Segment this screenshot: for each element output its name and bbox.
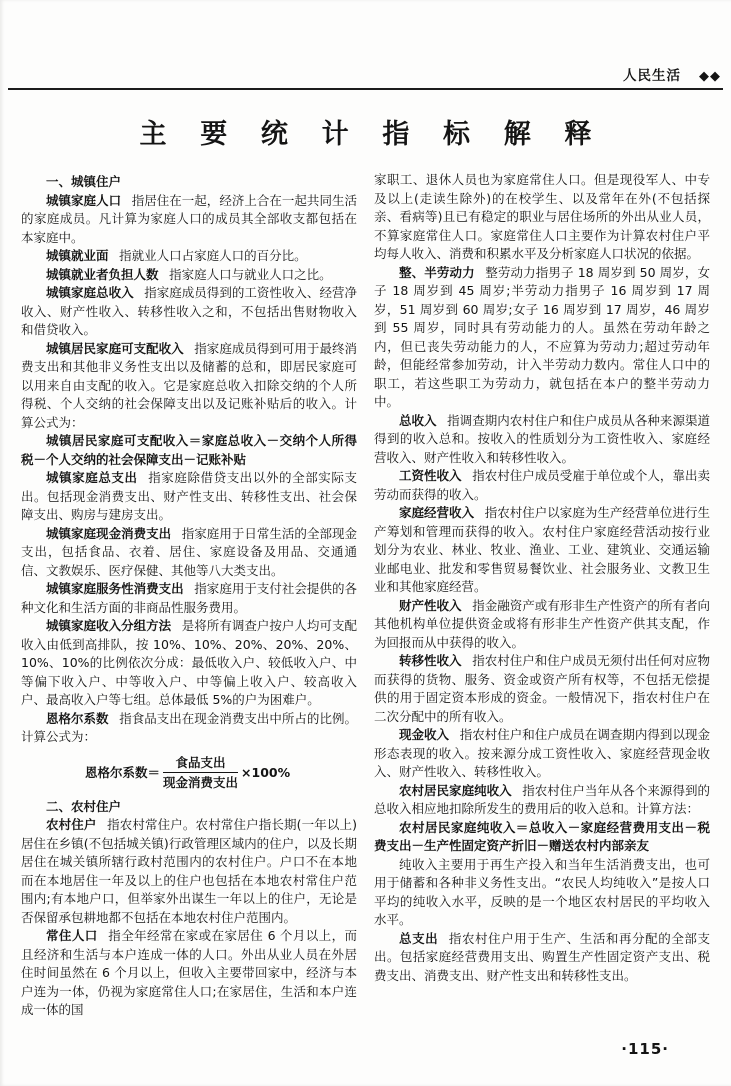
definition-entry: 城镇居民家庭可支配收入指家庭成员得到可用于最终消费支出和其他非义务性支出以及储蓄…	[21, 340, 357, 433]
document-page: 人民生活◆◆ 主 要 统 计 指 标 解 释 一、城镇住户城镇家庭人口指居住在一…	[0, 0, 731, 1086]
diamond-icons: ◆◆	[699, 69, 723, 84]
definition-entry: 城镇家庭收入分组方法是将所有调查户按户人均可支配收入由低到高排队，按 10%、1…	[21, 617, 357, 710]
indicator-term: 整、半劳动力	[399, 265, 475, 280]
definition-entry: 农村住户指农村常住户。农村常住户指长期(一年以上)居住在乡镇(不包括城关镇)行政…	[21, 816, 357, 927]
definition-entry: 城镇就业面指就业人口占家庭人口的百分比。	[21, 247, 357, 266]
indicator-term: 城镇就业面	[46, 248, 109, 263]
definition-entry: 农村居民家庭纯收入指农村住户当年从各个来源得到的总收入相应地扣除所发生的费用后的…	[374, 782, 710, 819]
definition-entry: 总支出指农村住户用于生产、生活和再分配的全部支出。包括家庭经营费用支出、购置生产…	[374, 930, 710, 986]
definition-entry: 整、半劳动力整劳动力指男子 18 周岁到 50 周岁，女子 18 周岁到 45 …	[374, 264, 710, 412]
indicator-term: 总收入	[399, 413, 437, 428]
indicator-term: 城镇家庭服务性消费支出	[46, 581, 184, 596]
definition-entry: 财产性收入指金融资产或有形非生产性资产的所有者向其他机构单位提供资金或将有形非生…	[374, 597, 710, 653]
indicator-term: 总支出	[399, 931, 438, 946]
definition-entry: 常住人口指全年经常在家或在家居住 6 个月以上，而且经济和生活与本户连成一体的人…	[21, 927, 357, 1020]
indicator-term: 恩格尔系数	[46, 711, 109, 726]
definition-entry: 转移性收入指农村住户和住户成员无须付出任何对应物而获得的货物、服务、资金或资产所…	[374, 652, 710, 726]
section-heading: 一、城镇住户	[21, 173, 357, 192]
engel-coefficient-formula: 恩格尔系数＝食品支出现金消费支出×100%	[85, 754, 357, 791]
indicator-term: 家庭经营收入	[399, 505, 474, 520]
definition-entry: 城镇家庭总收入指家庭成员得到的工资性收入、经营净收入、财产性收入、转移性收入之和…	[21, 284, 357, 340]
definition-entry: 城镇就业者负担人数指家庭人口与就业人口之比。	[21, 266, 357, 285]
indicator-term: 现金收入	[399, 727, 449, 742]
text-columns: 一、城镇住户城镇家庭人口指居住在一起，经济上合在一起共同生活的家庭成员。凡计算为…	[0, 165, 731, 1020]
definition-entry: 恩格尔系数指食品支出在现金消费支出中所占的比例。计算公式为：	[21, 710, 357, 747]
left-column: 一、城镇住户城镇家庭人口指居住在一起，经济上合在一起共同生活的家庭成员。凡计算为…	[21, 171, 357, 1020]
indicator-term: 城镇就业者负担人数	[46, 267, 159, 282]
indicator-definition: 指就业人口占家庭人口的百分比。	[119, 248, 307, 263]
indicator-definition: 指家庭人口与就业人口之比。	[169, 267, 332, 282]
fraction-numerator: 食品支出	[163, 754, 238, 773]
header-section-label: 人民生活	[623, 68, 699, 84]
formula-text-line: 农村居民家庭纯收入＝总收入－家庭经营费用支出－税费支出－生产性固定资产折旧－赠送…	[374, 819, 710, 856]
definition-entry: 总收入指调查期内农村住户和住户成员从各种来源渠道得到的收入总和。按收入的性质划分…	[374, 412, 710, 468]
indicator-definition: 指农村常住户。农村常住户指长期(一年以上)居住在乡镇(不包括城关镇)行政管理区域…	[21, 817, 357, 925]
page-number: ·115·	[621, 1040, 669, 1058]
indicator-term: 转移性收入	[399, 653, 462, 668]
indicator-term: 财产性收入	[399, 598, 462, 613]
indicator-term: 常住人口	[46, 928, 98, 943]
indicator-term: 城镇家庭收入分组方法	[46, 618, 171, 633]
section-heading: 二、农村住户	[21, 798, 357, 817]
formula-suffix: ×100%	[241, 765, 290, 780]
indicator-definition: 整劳动力指男子 18 周岁到 50 周岁，女子 18 周岁到 45 周岁;半劳动…	[374, 265, 710, 410]
definition-entry: 工资性收入指农村住户成员受雇于单位或个人，靠出卖劳动而获得的收入。	[374, 467, 710, 504]
definition-entry: 现金收入指农村住户和住户成员在调查期内得到以现金形态表现的收入。按来源分成工资性…	[374, 726, 710, 782]
definition-entry: 城镇家庭总支出指家庭除借贷支出以外的全部实际支出。包括现金消费支出、财产性支出、…	[21, 469, 357, 525]
indicator-term: 城镇家庭人口	[46, 193, 121, 208]
page-title: 主 要 统 计 指 标 解 释	[0, 112, 731, 151]
definition-entry: 城镇家庭现金消费支出指家庭用于日常生活的全部现金支出，包括食品、衣着、居住、家庭…	[21, 525, 357, 581]
definition-entry: 家庭经营收入指农村住户以家庭为生产经营单位进行生产筹划和管理而获得的收入。农村住…	[374, 504, 710, 597]
indicator-term: 城镇家庭总支出	[46, 470, 138, 485]
fraction-denominator: 现金消费支出	[163, 773, 238, 791]
indicator-term: 城镇家庭现金消费支出	[46, 526, 171, 541]
right-column: 家职工、退休人员也为家庭常住人口。但是现役军人、中专及以上(走读生除外)的在校学…	[374, 171, 710, 1020]
indicator-term: 工资性收入	[399, 468, 462, 483]
continuation-paragraph: 家职工、退休人员也为家庭常住人口。但是现役军人、中专及以上(走读生除外)的在校学…	[374, 171, 710, 264]
formula-lhs: 恩格尔系数＝	[85, 763, 160, 781]
indicator-term: 农村住户	[46, 817, 97, 832]
indicator-term: 农村居民家庭纯收入	[399, 783, 512, 798]
page-header: 人民生活◆◆	[8, 0, 723, 90]
formula-fraction: 食品支出现金消费支出	[163, 754, 238, 791]
definition-entry: 城镇家庭人口指居住在一起，经济上合在一起共同生活的家庭成员。凡计算为家庭人口的成…	[21, 192, 357, 248]
body-paragraph: 纯收入主要用于再生产投入和当年生活消费支出，也可用于储蓄和各种非义务性支出。“农…	[374, 856, 710, 930]
indicator-term: 城镇居民家庭可支配收入	[46, 341, 184, 356]
formula-text-line: 城镇居民家庭可支配收入＝家庭总收入－交纳个人所得税－个人交纳的社会保障支出－记账…	[21, 432, 357, 469]
definition-entry: 城镇家庭服务性消费支出指家庭用于支付社会提供的各种文化和生活方面的非商品性服务费…	[21, 580, 357, 617]
indicator-term: 城镇家庭总收入	[46, 285, 134, 300]
